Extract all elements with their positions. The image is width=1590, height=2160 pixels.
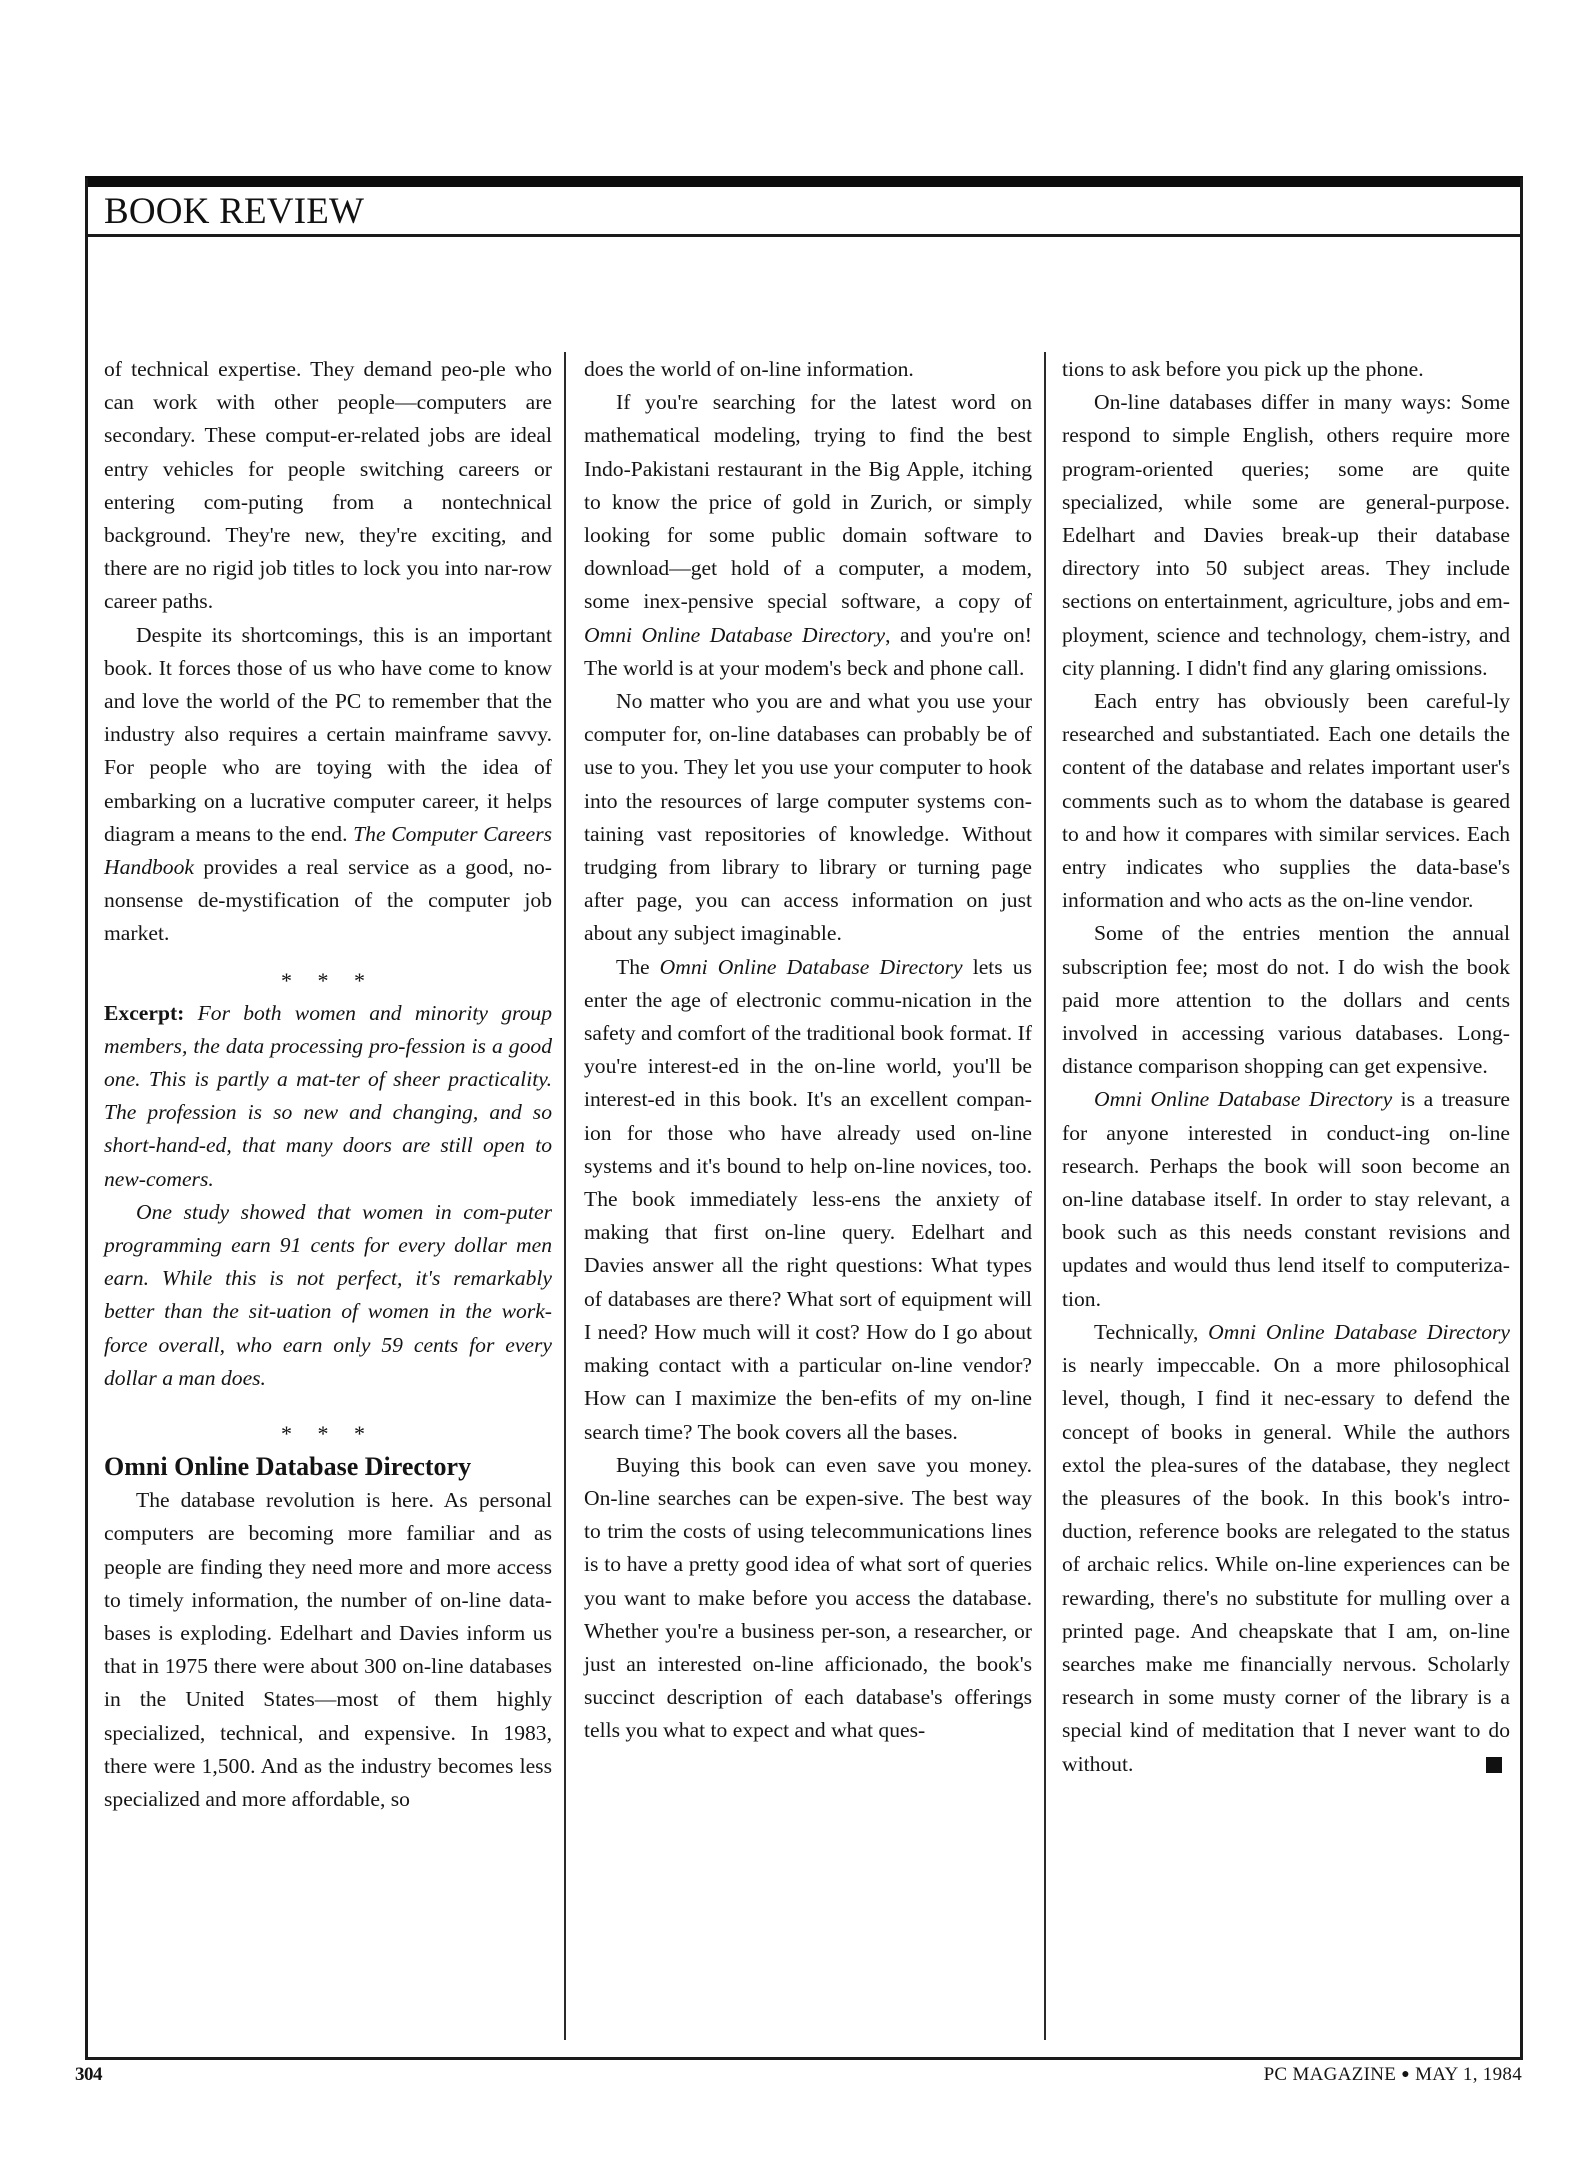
- paragraph: of technical expertise. They demand peo-…: [104, 353, 552, 619]
- paragraph: tions to ask before you pick up the phon…: [1062, 353, 1510, 386]
- paragraph: Despite its shortcomings, this is an imp…: [104, 619, 552, 951]
- section-title: BOOK REVIEW: [104, 190, 364, 234]
- book-title: Omni Online Database Directory: [1208, 1320, 1510, 1344]
- book-title: Omni Online Database Directory: [584, 623, 885, 647]
- excerpt-paragraph: One study showed that women in com-puter…: [104, 1196, 552, 1395]
- excerpt-label: Excerpt:: [104, 1001, 184, 1025]
- paragraph: Each entry has obviously been careful-ly…: [1062, 685, 1510, 917]
- issue-date: MAY 1, 1984: [1415, 2064, 1522, 2085]
- paragraph: Technically, Omni Online Database Direct…: [1062, 1316, 1510, 1781]
- paragraph: Buying this book can even save you money…: [584, 1449, 1032, 1748]
- column-1: of technical expertise. They demand peo-…: [104, 353, 552, 1816]
- paragraph-text: If you're searching for the latest word …: [584, 390, 1032, 613]
- column-3: tions to ask before you pick up the phon…: [1062, 353, 1510, 1781]
- excerpt-paragraph: Excerpt: For both women and minority gro…: [104, 997, 552, 1196]
- paragraph: If you're searching for the latest word …: [584, 386, 1032, 685]
- paragraph: Omni Online Database Directory is a trea…: [1062, 1083, 1510, 1315]
- paragraph-text: The: [616, 955, 660, 979]
- paragraph: The Omni Online Database Directory lets …: [584, 951, 1032, 1449]
- magazine-name: PC MAGAZINE: [1264, 2064, 1397, 2085]
- paragraph-text: is a treasure for anyone interested in c…: [1062, 1087, 1510, 1310]
- excerpt-text: One study showed that women in com-puter…: [104, 1200, 552, 1390]
- paragraph-text: Despite its shortcomings, this is an imp…: [104, 623, 552, 846]
- paragraph-text: is nearly impeccable. On a more philosop…: [1062, 1353, 1510, 1775]
- paragraph: The database revolution is here. As pers…: [104, 1484, 552, 1816]
- section-separator: * * *: [104, 1417, 552, 1450]
- excerpt-text: For both women and minority group member…: [104, 1001, 552, 1191]
- book-title: Omni Online Database Directory: [1094, 1087, 1392, 1111]
- paragraph: No matter who you are and what you use y…: [584, 685, 1032, 951]
- paragraph-text: Technically,: [1094, 1320, 1208, 1344]
- review-subhead: Omni Online Database Directory: [104, 1450, 552, 1484]
- header-rule: [85, 234, 1523, 237]
- magazine-footer: PC MAGAZINE ● MAY 1, 1984: [1264, 2064, 1522, 2086]
- page-number: 304: [75, 2064, 102, 2086]
- column-2: does the world of on-line information. I…: [584, 353, 1032, 1748]
- column-divider: [564, 352, 566, 2040]
- section-separator: * * *: [104, 964, 552, 997]
- paragraph: does the world of on-line information.: [584, 353, 1032, 386]
- book-title: Omni Online Database Directory: [660, 955, 963, 979]
- paragraph-text: lets us enter the age of electronic comm…: [584, 955, 1032, 1444]
- paragraph: On-line databases differ in many ways: S…: [1062, 386, 1510, 685]
- paragraph: Some of the entries mention the annual s…: [1062, 917, 1510, 1083]
- column-divider: [1044, 352, 1046, 2040]
- bullet-icon: ●: [1401, 2067, 1410, 2082]
- end-of-article-square-icon: [1486, 1757, 1502, 1773]
